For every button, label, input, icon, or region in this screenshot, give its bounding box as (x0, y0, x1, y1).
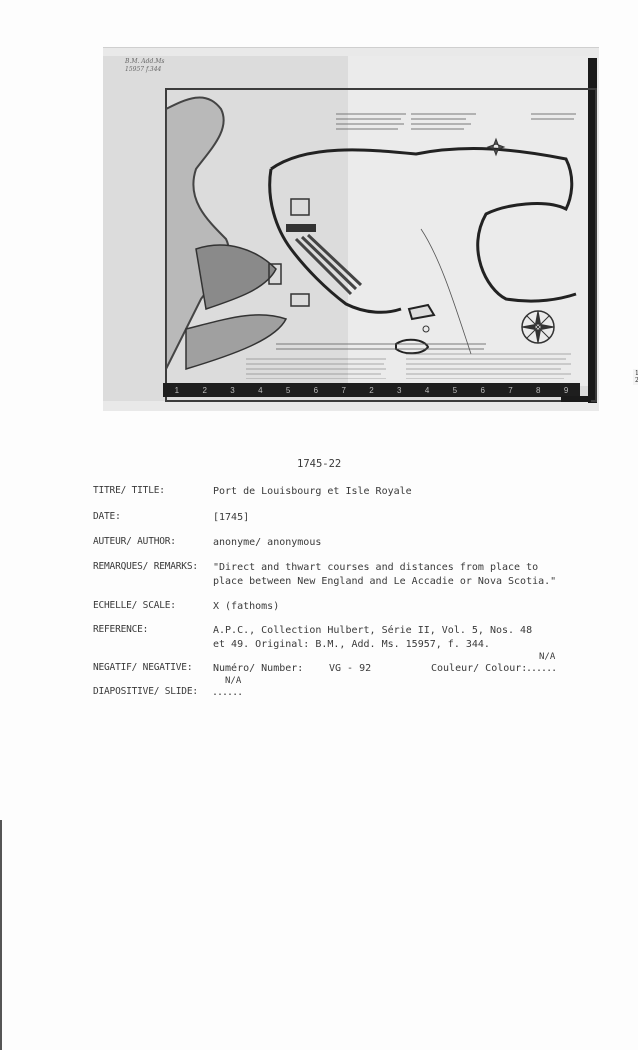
slide-value: N/A (225, 676, 241, 686)
negative-number-value: VG - 92 (329, 662, 371, 676)
colour-label: Couleur/ Colour: (431, 662, 527, 676)
record-number: 1745-22 (297, 458, 341, 470)
field-value: X (fathoms) (213, 600, 279, 614)
colour-dots: ...... (526, 663, 556, 674)
field-value: [1745] (213, 511, 249, 525)
field-value: Port de Louisbourg et Isle Royale (213, 485, 412, 499)
field-label: AUTEUR/ AUTHOR: (93, 536, 176, 547)
negative-number-label: Numéro/ Number: (213, 662, 303, 676)
field-value-line-2: place between New England and Le Accadie… (213, 575, 556, 589)
colour-value: N/A (539, 652, 555, 662)
map-photograph: B.M. Add.Ms 15957 f.344 (103, 47, 599, 411)
field-label: DATE: (93, 511, 121, 522)
slide-dots: ...... (212, 687, 242, 698)
field-value-line-1: A.P.C., Collection Hulbert, Série II, Vo… (213, 624, 532, 638)
field-label: REMARQUES/ REMARKS: (93, 561, 198, 572)
field-label: REFERENCE: (93, 624, 148, 635)
field-value: anonyme/ anonymous (213, 536, 321, 550)
field-label: ECHELLE/ SCALE: (93, 600, 176, 611)
map-drawing (166, 89, 592, 379)
ruler-corner (561, 396, 591, 402)
photo-reference-label: 1745-22 (633, 369, 638, 385)
field-label: DIAPOSITIVE/ SLIDE: (93, 686, 198, 697)
field-value-line-2: et 49. Original: B.M., Add. Ms. 15957, f… (213, 638, 490, 652)
measuring-ruler: 1 2 3 4 5 6 7 2 3 4 5 6 7 8 9 (163, 383, 580, 397)
field-label: TITRE/ TITLE: (93, 485, 165, 496)
field-value-line-1: "Direct and thwart courses and distances… (213, 561, 538, 575)
field-label: NEGATIF/ NEGATIVE: (93, 662, 192, 673)
manuscript-note: B.M. Add.Ms 15957 f.344 (125, 58, 164, 74)
page-edge-shadow (0, 820, 2, 1050)
